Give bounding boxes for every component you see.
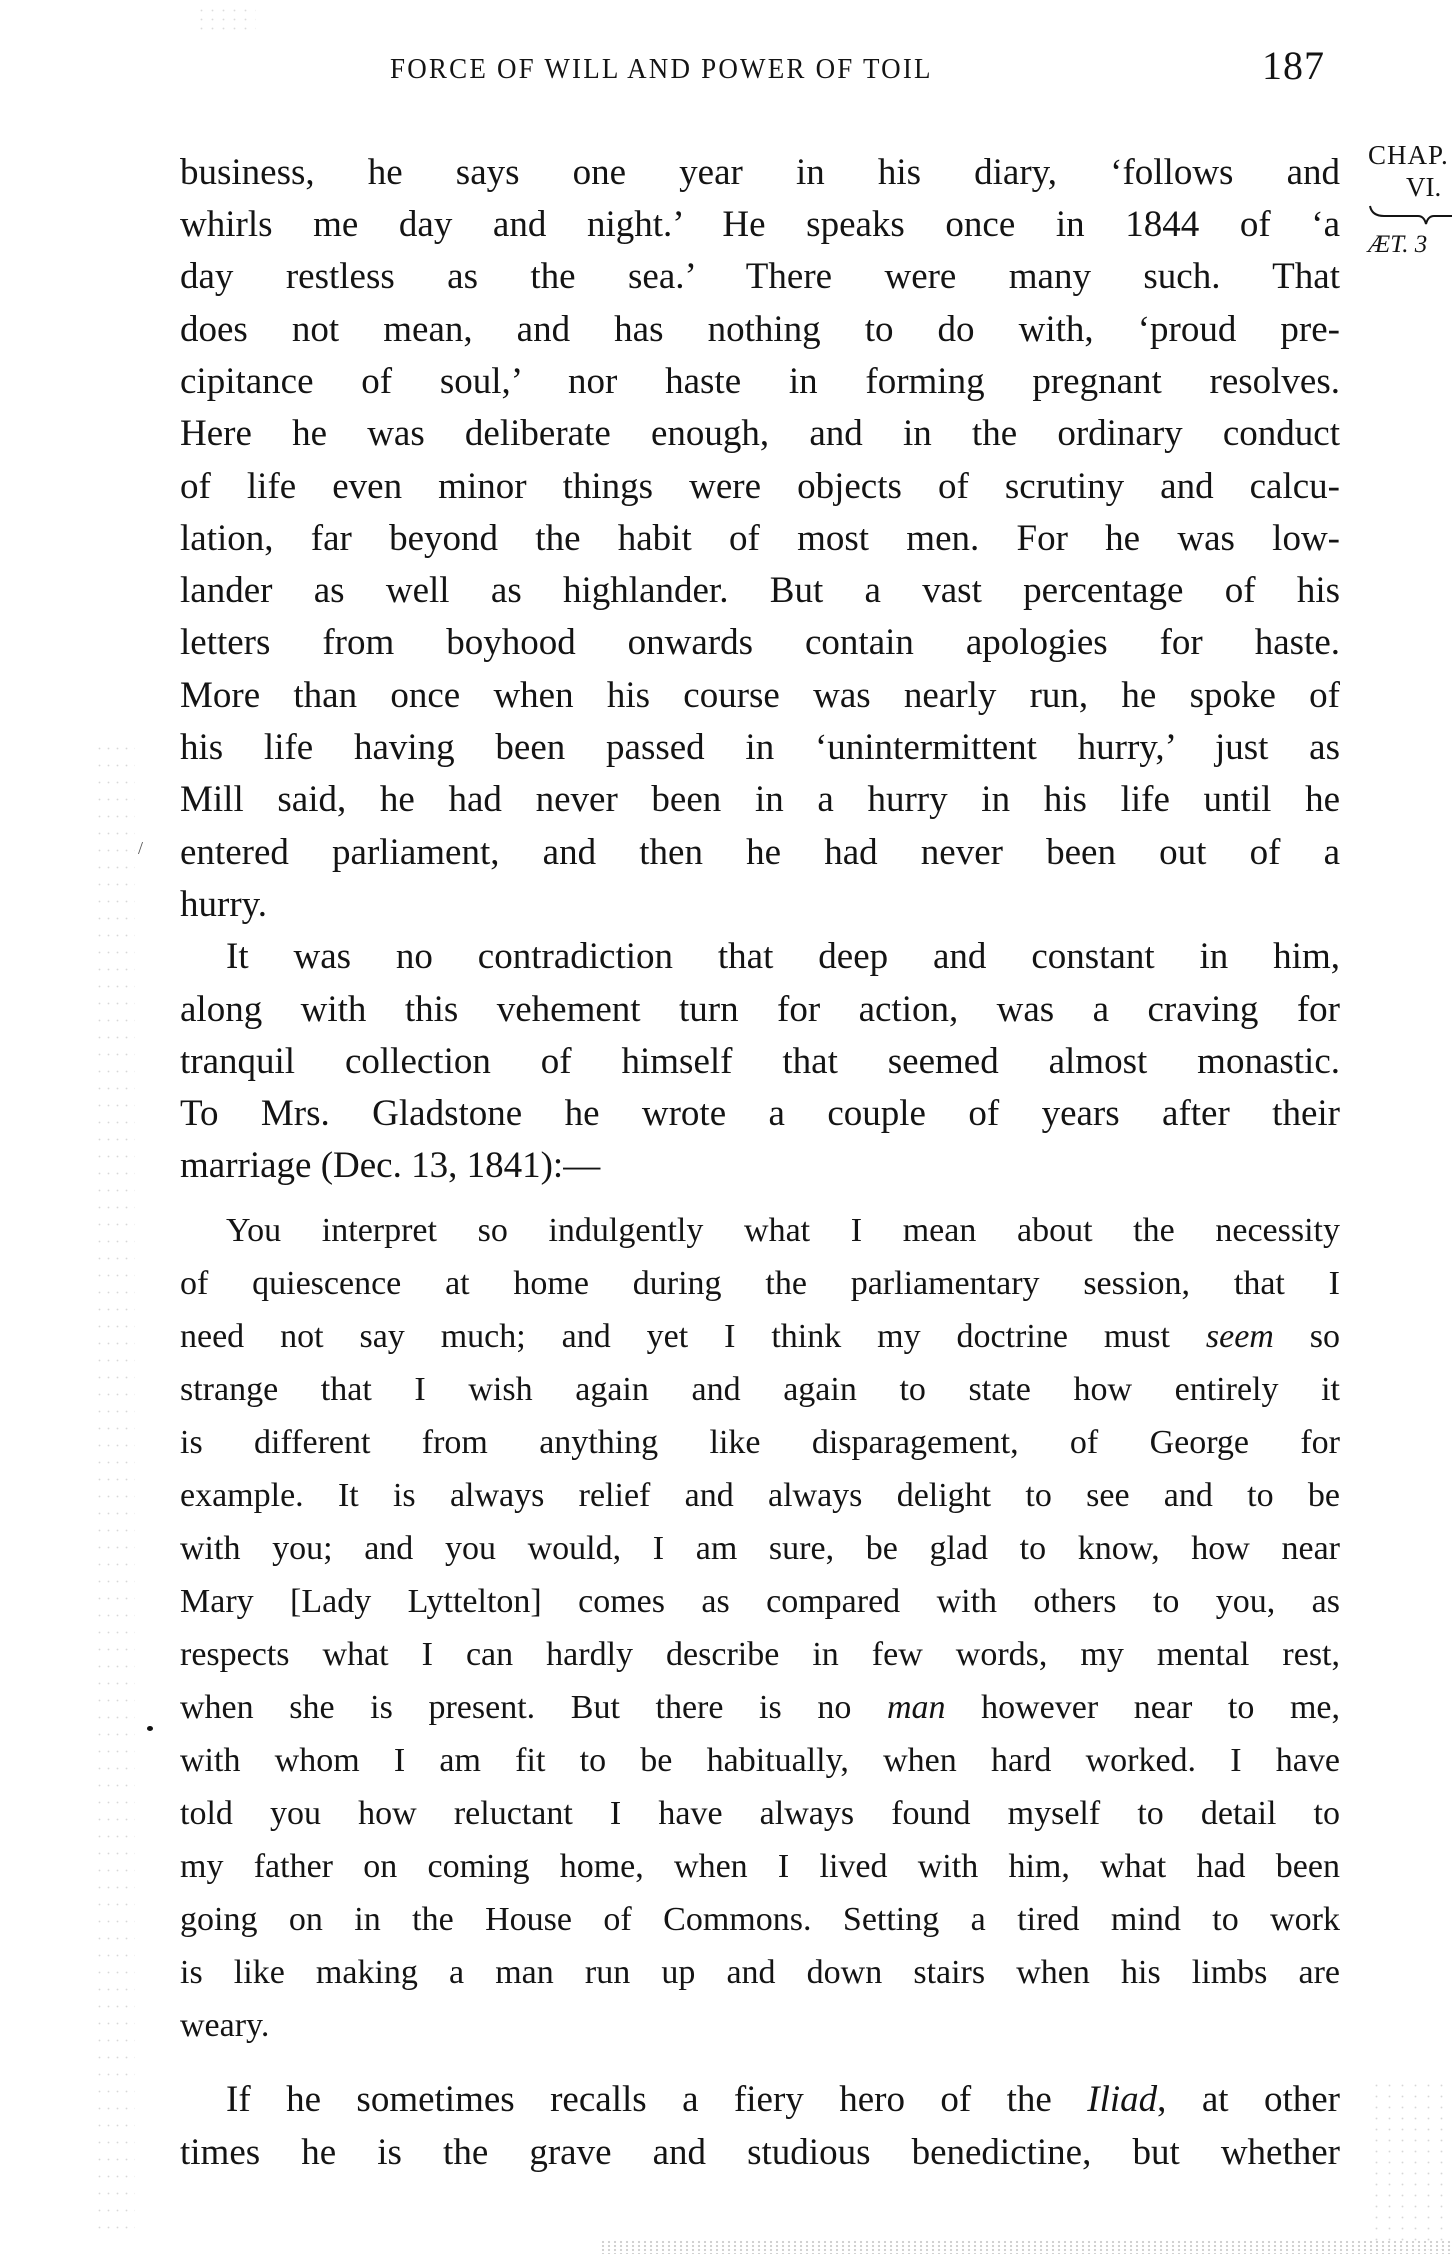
brace-icon [1368, 204, 1452, 226]
running-header-title: FORCE OF WILL AND POWER OF TOIL [390, 52, 1150, 86]
text-line: whirls me day and night.’ He speaks once… [180, 200, 1340, 250]
margin-note: CHAP. VI. ÆT. 3 [1368, 140, 1452, 260]
text-fragment: however near to me, [946, 1689, 1340, 1726]
text-fragment: so [1274, 1318, 1340, 1355]
quote-line: weary. [180, 2001, 1340, 2051]
quote-line: respects what I can hardly describe in f… [180, 1630, 1340, 1680]
italic-title: Iliad [1087, 2079, 1157, 2120]
margin-chapter-number: VI. [1368, 172, 1452, 202]
text-line: along with this vehement turn for action… [180, 985, 1340, 1035]
text-line: day restless as the sea.’ There were man… [180, 252, 1340, 302]
quote-line: need not say much; and yet I think my do… [180, 1312, 1340, 1362]
quote-line: with you; and you would, I am sure, be g… [180, 1524, 1340, 1574]
text-line: hurry. [180, 880, 1340, 930]
quote-line: strange that I wish again and again to s… [180, 1365, 1340, 1415]
margin-age-label: ÆT. 3 [1368, 230, 1452, 260]
scan-speckle-left-margin [95, 740, 135, 2240]
bleed-through-right [1370, 2080, 1452, 2250]
text-line: Here he was deliberate enough, and in th… [180, 409, 1340, 459]
text-line: letters from boyhood onwards contain apo… [180, 618, 1340, 668]
quote-line: example. It is always relief and always … [180, 1471, 1340, 1521]
text-fragment: need not say much; and yet I think my do… [180, 1318, 1206, 1355]
text-line: business, he says one year in his diary,… [180, 148, 1340, 198]
italic-emphasis: seem [1206, 1318, 1274, 1355]
scan-dot [147, 1726, 153, 1731]
quote-line: told you how reluctant I have always fou… [180, 1789, 1340, 1839]
quote-line: You interpret so indulgently what I mean… [226, 1206, 1340, 1256]
scan-speckle-top [196, 6, 256, 34]
quote-line: with whom I am fit to be habitually, whe… [180, 1736, 1340, 1786]
text-line: If he sometimes recalls a fiery hero of … [226, 2075, 1340, 2125]
quote-line: Mary [Lady Lyttelton] comes as compared … [180, 1577, 1340, 1627]
text-line: tranquil collection of himself that seem… [180, 1037, 1340, 1087]
text-fragment: when she is present. But there is no [180, 1689, 887, 1726]
text-line: of life even minor things were objects o… [180, 462, 1340, 512]
text-line: More than once when his course was nearl… [180, 671, 1340, 721]
text-line: does not mean, and has nothing to do wit… [180, 305, 1340, 355]
text-line: entered parliament, and then he had neve… [180, 828, 1340, 878]
text-line: It was no contradiction that deep and co… [226, 932, 1340, 982]
text-fragment: If he sometimes recalls a fiery hero of … [226, 2079, 1087, 2120]
margin-chapter-label: CHAP. [1368, 140, 1452, 170]
quote-line: going on in the House of Commons. Settin… [180, 1895, 1340, 1945]
quote-line: when she is present. But there is no man… [180, 1683, 1340, 1733]
quote-line: of quiescence at home during the parliam… [180, 1259, 1340, 1309]
book-page: / FORCE OF WILL AND POWER OF TOIL 187 CH… [0, 0, 1452, 2262]
bleed-through-bottom [600, 2240, 1452, 2254]
text-line: marriage (Dec. 13, 1841):— [180, 1141, 1340, 1191]
text-fragment: , at other [1157, 2079, 1340, 2120]
italic-emphasis: man [887, 1689, 946, 1726]
text-line: lation, far beyond the habit of most men… [180, 514, 1340, 564]
text-line: lander as well as highlander. But a vast… [180, 566, 1340, 616]
text-line: Mill said, he had never been in a hurry … [180, 775, 1340, 825]
quote-line: is different from anything like disparag… [180, 1418, 1340, 1468]
text-line: cipitance of soul,’ nor haste in forming… [180, 357, 1340, 407]
quote-line: is like making a man run up and down sta… [180, 1948, 1340, 1998]
text-line: times he is the grave and studious bened… [180, 2128, 1340, 2178]
text-line: his life having been passed in ‘uninterm… [180, 723, 1340, 773]
text-line: To Mrs. Gladstone he wrote a couple of y… [180, 1089, 1340, 1139]
page-number: 187 [1262, 44, 1325, 88]
scan-mark: / [138, 838, 143, 859]
quote-line: my father on coming home, when I lived w… [180, 1842, 1340, 1892]
